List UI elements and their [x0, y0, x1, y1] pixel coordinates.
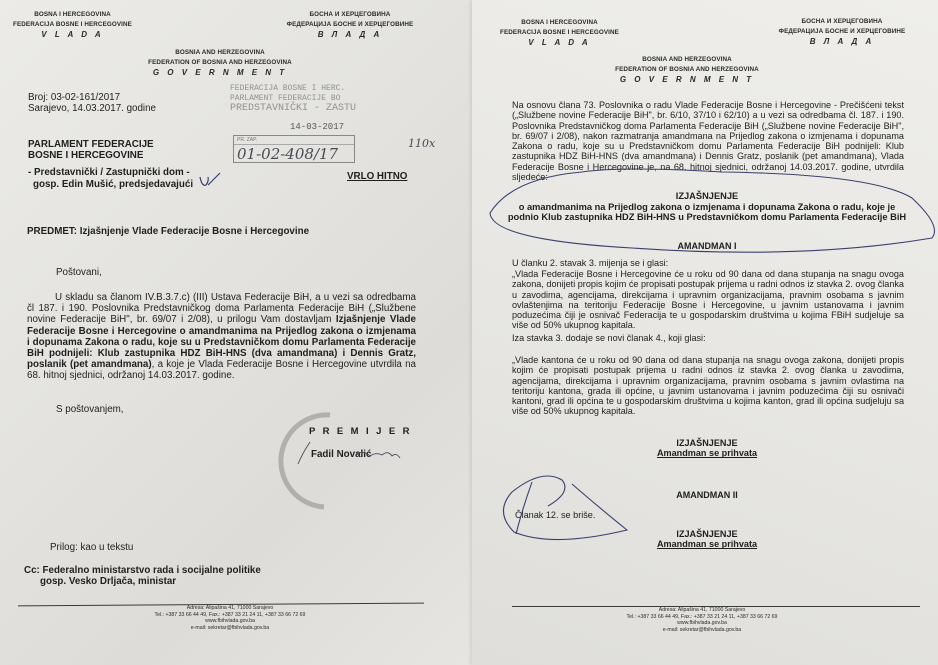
- letterhead-line: G O V E R N M E N T: [602, 75, 772, 85]
- statement-page: BOSNA I HERCEGOVINA FEDERACIJA BOSNE I H…: [472, 0, 938, 665]
- footer-phone: Tel.: +387 33 66 44 49, Fax.: +387 33 21…: [100, 612, 360, 619]
- letterhead-line: БОСНА И ХЕРЦЕГОВИНА: [280, 10, 420, 20]
- heading-line: podnio Klub zastupnika HDZ BiH-HNS u Pre…: [492, 212, 922, 223]
- letterhead-line: БОСНА И ХЕРЦЕГОВИНА: [772, 17, 912, 27]
- subject-line: PREDMET: Izjašnjenje Vlade Federacije Bo…: [27, 226, 309, 237]
- letterhead-latin: BOSNA I HERCEGOVINA FEDERACIJA BOSNE I H…: [492, 18, 627, 48]
- letterhead-latin: BOSNA I HERCEGOVINA FEDERACIJA BOSNE I H…: [10, 10, 135, 40]
- amendment-1-lead-2: Iza stavka 3. dodaje se novi članak 4., …: [512, 333, 706, 344]
- footer: Adresa: Alipašina 41, 71000 Sarajevo Tel…: [100, 605, 360, 631]
- closing: S poštovanjem,: [56, 404, 124, 415]
- stamp-line: FEDERACIJA BOSNE I HERC.: [230, 84, 356, 94]
- letterhead-line: ФЕДЕРАЦИЈА БОСНЕ И ХЕРЦЕГОВИНЕ: [280, 20, 420, 30]
- amendment-1-lead: U članku 2. stavak 3. mijenja se i glasi…: [512, 258, 668, 269]
- attachment-note: Prilog: kao u tekstu: [50, 542, 133, 553]
- footer-website-link[interactable]: www.fbihvlada.gov.ba: [572, 620, 832, 627]
- heading-title: IZJAŠNJENJE: [492, 191, 922, 202]
- amendment-1-verdict: IZJAŠNJENJE Amandman se prihvata: [492, 438, 922, 459]
- letterhead-english: BOSNIA AND HERZEGOVINA FEDERATION OF BOS…: [135, 48, 305, 78]
- cc-line: Cc: Federalno ministarstvo rada i socija…: [24, 565, 261, 576]
- verdict-title: IZJAŠNJENJE: [492, 529, 922, 539]
- footer-address: Adresa: Alipašina 41, 71000 Sarajevo: [572, 607, 832, 614]
- handwritten-registry-number: 01-02-408/17: [237, 145, 338, 163]
- cc-line: gosp. Vesko Drljača, ministar: [24, 576, 261, 587]
- footer-email-link[interactable]: e-mail: sekretar@fbihvlada.gov.ba: [100, 625, 360, 632]
- letterhead-line: BOSNA I HERCEGOVINA: [492, 18, 627, 28]
- letterhead-line: BOSNIA AND HERZEGOVINA: [602, 55, 772, 65]
- check-mark-icon: [198, 171, 222, 189]
- heading-line: o amandmanima na Prijedlog zakona o izmj…: [492, 202, 922, 213]
- letterhead-line: G O V E R N M E N T: [135, 68, 305, 78]
- salutation: Poštovani,: [56, 267, 102, 278]
- stamp-box-label: PR. ZAP.: [234, 136, 354, 145]
- cc-block: Cc: Federalno ministarstvo rada i socija…: [24, 565, 261, 587]
- stamp-line: PREDSTAVNIČKI - ZASTU: [230, 104, 356, 114]
- letterhead-line: FEDERACIJA BOSNE I HERCEGOVINE: [492, 28, 627, 38]
- signature-scribble-icon: [296, 440, 411, 470]
- received-stamp: FEDERACIJA BOSNE I HERC. PARLAMENT FEDER…: [230, 84, 356, 114]
- letter-page: BOSNA I HERCEGOVINA FEDERACIJA BOSNE I H…: [0, 0, 472, 665]
- amendment-1-quote-2: „Vlade kantona će u roku od 90 dana od d…: [512, 355, 904, 417]
- recipient-line: PARLAMENT FEDERACIJE: [28, 139, 193, 150]
- letterhead-cyrillic: БОСНА И ХЕРЦЕГОВИНА ФЕДЕРАЦИЈА БОСНЕ И Х…: [280, 10, 420, 40]
- footer: Adresa: Alipašina 41, 71000 Sarajevo Tel…: [572, 607, 832, 633]
- amendment-1-title: AMANDMAN I: [492, 241, 922, 252]
- footer-email-link[interactable]: e-mail: sekretar@fbihvlada.gov.ba: [572, 627, 832, 634]
- recipient-block: PARLAMENT FEDERACIJE BOSNE I HERCEGOVINE…: [28, 139, 193, 190]
- letterhead-line: FEDERATION OF BOSNIA AND HERZEGOVINA: [602, 65, 772, 75]
- letterhead-english: BOSNIA AND HERZEGOVINA FEDERATION OF BOS…: [602, 55, 772, 85]
- amendment-1-quote: „Vlada Federacije Bosne i Hercegovine će…: [512, 269, 904, 331]
- signature-title: P R E M I J E R: [309, 426, 412, 437]
- place-date: Sarajevo, 14.03.2017. godine: [28, 103, 156, 114]
- verdict-text: Amandman se prihvata: [492, 539, 922, 549]
- letterhead-cyrillic: БОСНА И ХЕРЦЕГОВИНА ФЕДЕРАЦИЈА БОСНЕ И Х…: [772, 17, 912, 47]
- footer-website-link[interactable]: www.fbihvlada.gov.ba: [100, 618, 360, 625]
- letterhead-line: ФЕДЕРАЦИЈА БОСНЕ И ХЕРЦЕГОВИНЕ: [772, 27, 912, 37]
- letterhead-line: BOSNA I HERCEGOVINA: [10, 10, 135, 20]
- recipient-line: BOSNE I HERCEGOVINE: [28, 150, 193, 161]
- letterhead-line: В Л А Д А: [280, 30, 420, 40]
- letterhead-line: FEDERATION OF BOSNIA AND HERZEGOVINA: [135, 58, 305, 68]
- recipient-line: gosp. Edin Mušić, predsjedavajući: [28, 179, 193, 190]
- letterhead-line: В Л А Д А: [772, 37, 912, 47]
- letterhead-line: FEDERACIJA BOSNE I HERCEGOVINE: [10, 20, 135, 30]
- stamp-date: 14-03-2017: [290, 122, 344, 132]
- letterhead-line: BOSNIA AND HERZEGOVINA: [135, 48, 305, 58]
- footer-phone: Tel.: +387 33 66 44 49, Fax.: +387 33 21…: [572, 614, 832, 621]
- urgency-label: VRLO HITNO: [347, 171, 407, 182]
- letterhead-line: V L A D A: [492, 38, 627, 48]
- recipient-line: - Predstavnički / Zastupnički dom -: [28, 167, 193, 178]
- handwritten-note: 110x: [408, 137, 435, 150]
- amendment-2-verdict: IZJAŠNJENJE Amandman se prihvata: [492, 529, 922, 550]
- verdict-text: Amandman se prihvata: [492, 448, 922, 458]
- statement-heading: IZJAŠNJENJE o amandmanima na Prijedlog z…: [492, 191, 922, 223]
- reference-number: Broj: 03-02-161/2017: [28, 92, 156, 103]
- footer-address: Adresa: Alipašina 41, 71000 Sarajevo: [100, 605, 360, 612]
- verdict-title: IZJAŠNJENJE: [492, 438, 922, 448]
- reference-block: Broj: 03-02-161/2017 Sarajevo, 14.03.201…: [28, 92, 156, 114]
- letter-body: U skladu sa članom IV.B.3.7.c) (III) Ust…: [27, 292, 416, 382]
- letterhead-line: V L A D A: [10, 30, 135, 40]
